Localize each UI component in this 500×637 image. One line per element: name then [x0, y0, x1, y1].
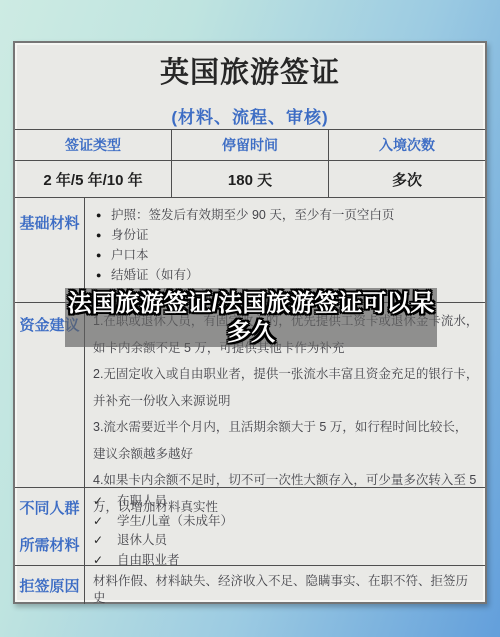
- bullet-icon: ●: [85, 205, 111, 225]
- caption-line-1: 法国旅游签证/法国旅游签证可以呆: [68, 289, 435, 318]
- list-item: ● 护照：签发后有效期至少 90 天，至少有一页空白页: [85, 205, 485, 225]
- section-refusal-reasons: 拒签原因 材料作假、材料缺失、经济收入不足、隐瞒事实、在职不符、拒签历史: [15, 565, 485, 604]
- header-cell-entry-count: 入境次数: [328, 130, 485, 160]
- section-label-line1: 不同人群: [19, 497, 79, 518]
- poster-subtitle: (材料、流程、审核): [171, 103, 328, 128]
- section-groups-materials: 不同人群 所需材料 ✓ 在职人员 ✓ 学生/儿童（未成年） ✓ 退休人员 ✓: [15, 487, 485, 565]
- list-item-text: 退休人员: [117, 531, 167, 551]
- section-label-text: 基础材料: [19, 212, 79, 233]
- summary-table-header-row: 签证类型 停留时间 入境次数: [15, 130, 485, 160]
- list-item: ● 结婚证（如有）: [85, 265, 485, 285]
- list-item-text: 学生/儿童（未成年）: [117, 512, 233, 532]
- section-label-text: 拒签原因: [19, 575, 79, 596]
- section-label-basic-materials: 基础材料: [15, 198, 85, 302]
- check-icon: ✓: [85, 492, 117, 512]
- header-cell-visa-type: 签证类型: [15, 130, 171, 160]
- check-icon: ✓: [85, 531, 117, 551]
- list-item-text: 户口本: [111, 245, 153, 265]
- value-cell-entry-count: 多次: [328, 161, 485, 197]
- list-item-text: 在职人员: [117, 492, 167, 512]
- caption-line-2: 多久: [227, 318, 275, 347]
- section-label-groups: 不同人群 所需材料: [15, 488, 85, 565]
- section-label-refusal: 拒签原因: [15, 566, 85, 604]
- header-cell-stay-duration: 停留时间: [171, 130, 328, 160]
- section-content-basic-materials: ● 护照：签发后有效期至少 90 天，至少有一页空白页 ● 身份证 ● 户口本 …: [85, 198, 485, 302]
- check-icon: ✓: [85, 512, 117, 532]
- list-item: ✓ 在职人员: [85, 492, 485, 512]
- section-content-refusal: 材料作假、材料缺失、经济收入不足、隐瞒事实、在职不符、拒签历史: [85, 566, 485, 604]
- list-item: ● 身份证: [85, 225, 485, 245]
- list-item: ✓ 退休人员: [85, 531, 485, 551]
- poster-header: 英国旅游签证 (材料、流程、审核): [15, 43, 485, 130]
- value-cell-visa-type: 2 年/5 年/10 年: [15, 161, 171, 197]
- list-item: ● 户口本: [85, 245, 485, 265]
- section-content-groups: ✓ 在职人员 ✓ 学生/儿童（未成年） ✓ 退休人员 ✓ 自由职业者: [85, 488, 485, 565]
- bullet-icon: ●: [85, 265, 111, 285]
- section-basic-materials: 基础材料 ● 护照：签发后有效期至少 90 天，至少有一页空白页 ● 身份证 ●…: [15, 197, 485, 302]
- fund-advice-item: 2.无固定收入或自由职业者，提供一张流水丰富且资金充足的银行卡，并补充一份收入来…: [93, 361, 479, 414]
- caption-overlay: 法国旅游签证/法国旅游签证可以呆 多久: [65, 288, 437, 347]
- summary-table-value-row: 2 年/5 年/10 年 180 天 多次: [15, 160, 485, 197]
- list-item-text: 结婚证（如有）: [111, 265, 203, 285]
- section-label-line2: 所需材料: [19, 534, 79, 555]
- value-cell-stay-duration: 180 天: [171, 161, 328, 197]
- list-item-text: 身份证: [111, 225, 153, 245]
- list-item: ✓ 学生/儿童（未成年）: [85, 512, 485, 532]
- list-item-text: 护照：签发后有效期至少 90 天，至少有一页空白页: [111, 205, 398, 225]
- poster-title: 英国旅游签证: [160, 50, 340, 91]
- fund-advice-item: 3.流水需要近半个月内，且活期余额大于 5 万，如行程时间比较长，建议余额越多越…: [93, 414, 479, 467]
- bullet-icon: ●: [85, 225, 111, 245]
- bullet-icon: ●: [85, 245, 111, 265]
